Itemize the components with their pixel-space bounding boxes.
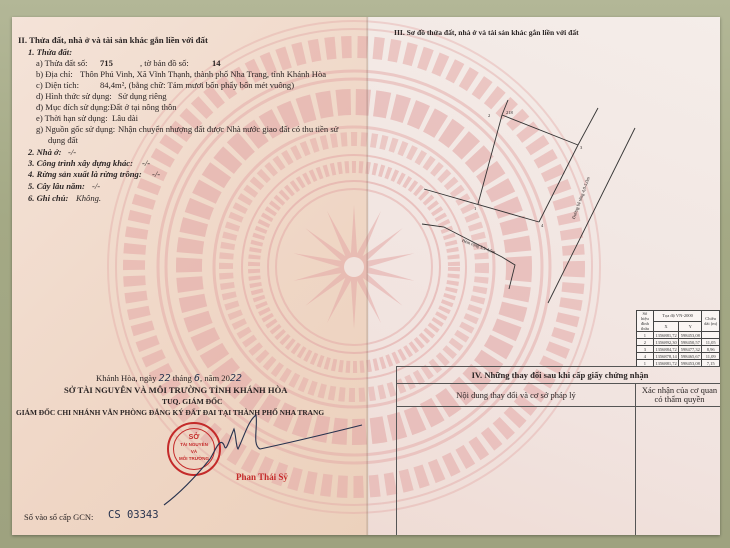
coords-cell: 1356881,72 bbox=[653, 332, 678, 339]
changes-table: IV. Những thay đổi sau khi cấp giấy chứn… bbox=[396, 366, 720, 535]
coords-cell: 598465,67 bbox=[679, 353, 702, 360]
coords-cell: 598450,57 bbox=[679, 339, 702, 346]
col-y: Y bbox=[679, 321, 702, 332]
land-certificate: II. Thửa đất, nhà ở và tài sản khác gắn … bbox=[12, 17, 720, 535]
changes-content-cell bbox=[397, 407, 636, 536]
confirm-header-line2: có thẩm quyền bbox=[654, 394, 704, 404]
coords-cell: 11,09 bbox=[702, 353, 720, 360]
changes-confirm-header: Xác nhận của cơ quancó thẩm quyền bbox=[636, 384, 721, 407]
coords-cell bbox=[702, 332, 720, 339]
col-length: Chiều dài (m) bbox=[702, 311, 720, 332]
coords-cell: 4 bbox=[637, 353, 654, 360]
coords-cell: 1356884,72 bbox=[653, 346, 678, 353]
changes-confirm-cell bbox=[636, 407, 721, 536]
coords-row: 41356878,14598465,6711,09 bbox=[637, 353, 720, 360]
col-vertex: Số hiệu đỉnh thửa bbox=[637, 311, 654, 332]
col-x: X bbox=[653, 321, 678, 332]
coords-row: 11356881,72598453,08 bbox=[637, 332, 720, 339]
coords-cell: 598453,08 bbox=[679, 332, 702, 339]
coords-cell: 11,05 bbox=[702, 339, 720, 346]
coords-row: 31356884,72598477,328,96 bbox=[637, 346, 720, 353]
coords-cell: 1356892,30 bbox=[653, 339, 678, 346]
point-label-1: 1 bbox=[474, 203, 476, 214]
coords-cell: 598477,32 bbox=[679, 346, 702, 353]
point-label-2: 2 bbox=[488, 110, 490, 121]
coords-cell: 1356878,14 bbox=[653, 353, 678, 360]
coords-cell: 1 bbox=[637, 332, 654, 339]
col-coords: Tọa độ VN-2000 bbox=[653, 311, 702, 322]
coords-cell: 2 bbox=[637, 339, 654, 346]
point-label-3: 3 bbox=[580, 142, 582, 153]
coords-cell: 8,96 bbox=[702, 346, 720, 353]
neighbor-parcel-number: 218 bbox=[506, 107, 513, 118]
section4-title: IV. Những thay đổi sau khi cấp giấy chứn… bbox=[397, 367, 721, 384]
changes-content-header: Nội dung thay đổi và cơ sở pháp lý bbox=[397, 384, 636, 407]
coordinates-table: Số hiệu đỉnh thửa Tọa độ VN-2000 Chiều d… bbox=[636, 310, 720, 367]
coords-row: 21356892,30598450,5711,05 bbox=[637, 339, 720, 346]
coords-cell: 3 bbox=[637, 346, 654, 353]
point-label-4: 4 bbox=[541, 220, 543, 231]
